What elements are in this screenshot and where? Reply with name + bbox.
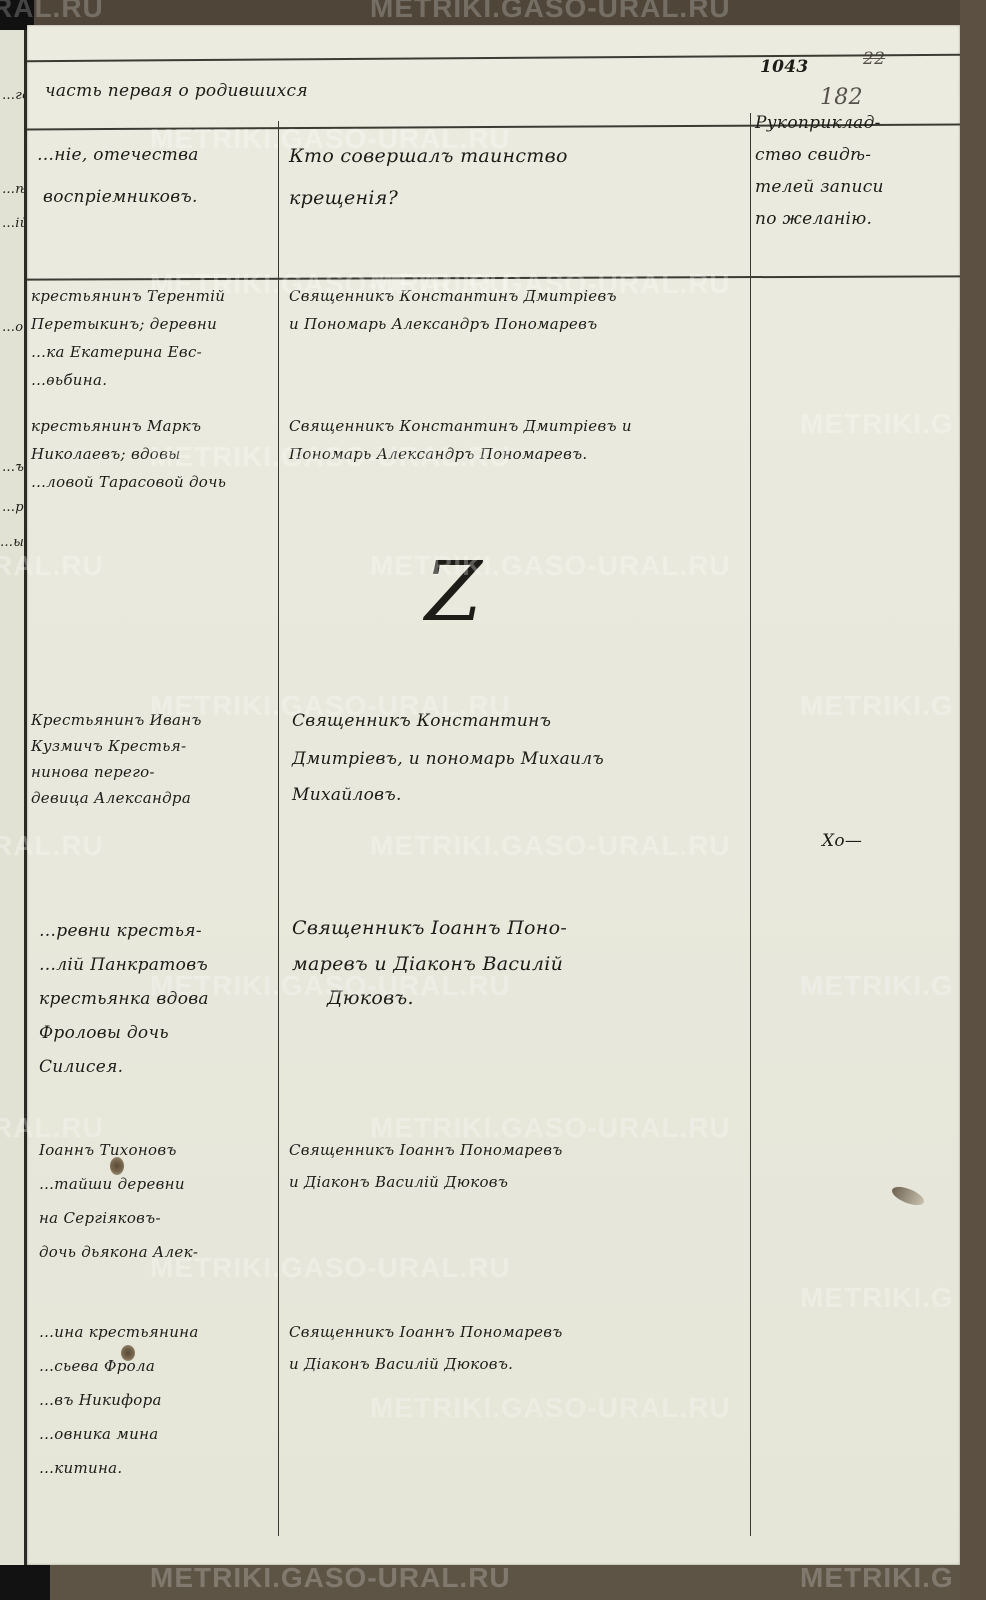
previous-page-edge: …го …ѣ …ій …о …ъ …р …ыно <box>0 30 25 1565</box>
watermark: METRIKI.GASO-URAL.RU <box>150 690 511 722</box>
column-header-line: по желанію. <box>755 209 872 229</box>
officiant-line: и Пономарь Александръ Пономаревъ <box>289 315 597 333</box>
officiant-line: и Діаконъ Василій Дюковъ <box>289 1173 508 1191</box>
watermark: RAL.RU <box>0 550 104 582</box>
godparents-line: …ѳьбина. <box>31 371 107 389</box>
scan-background-corner-bottom <box>0 1562 50 1600</box>
watermark: METRIKI.GASO-URAL.RU <box>370 1392 731 1424</box>
watermark: METRIKI.GASO-URAL.RU <box>370 0 731 24</box>
column-divider <box>278 121 279 1536</box>
godparents-line: девица Александра <box>31 789 191 807</box>
watermark: METRIKI.GASO-URAL.RU <box>150 970 511 1002</box>
officiant-line: Священникъ Іоаннъ Поно- <box>292 917 567 939</box>
ink-stain <box>121 1345 135 1361</box>
watermark: RAL.RU <box>0 0 104 24</box>
watermark: METRIKI.GASO-URAL.RU <box>370 550 731 582</box>
godparents-line: нинова перего- <box>31 763 155 781</box>
watermark: METRIKI.GASO-URAL.RU <box>150 1252 511 1284</box>
officiant-line: Священникъ Іоаннъ Пономаревъ <box>289 1323 563 1341</box>
ink-stain <box>110 1157 124 1175</box>
watermark: METRIKI.G <box>800 408 954 440</box>
rule-line <box>27 54 960 63</box>
godparents-line: …ревни крестья- <box>39 921 202 941</box>
godparents-line: …тайши деревни <box>39 1175 185 1193</box>
watermark: RAL.RU <box>0 1112 104 1144</box>
column-header-line: крещенія? <box>289 187 398 209</box>
watermark: METRIKI.G <box>800 690 954 722</box>
godparents-line: …овника мина <box>39 1425 159 1443</box>
watermark: METRIKI.G <box>800 1282 954 1314</box>
watermark: METRIKI.G <box>800 970 954 1002</box>
pencil-folio-number: 22 <box>863 49 885 69</box>
godparents-line: …ина крестьянина <box>39 1323 199 1341</box>
witness-signature: Хо— <box>822 831 862 851</box>
godparents-line: Фроловы дочь <box>39 1023 169 1043</box>
godparents-line: …китина. <box>39 1459 123 1477</box>
margin-fragment: …р <box>2 500 24 515</box>
godparents-line: …сьева Фрола <box>39 1357 155 1375</box>
godparents-line: …ловой Тарасовой дочь <box>31 473 226 491</box>
officiant-line: Дмитріевъ, и пономарь Михаилъ <box>292 749 604 769</box>
pencil-folio-number: 182 <box>820 85 863 110</box>
officiant-line: и Діаконъ Василій Дюковъ. <box>289 1355 513 1373</box>
watermark: METRIKI.GASO-URAL.RU <box>150 123 511 155</box>
godparents-line: крестьянинъ Маркъ <box>31 417 201 435</box>
officiant-line: Священникъ Константинъ Дмитріевъ и <box>289 417 632 435</box>
column-divider <box>750 113 751 1536</box>
godparents-line: Силисея. <box>39 1057 123 1077</box>
godparents-line: …въ Никифора <box>39 1391 162 1409</box>
watermark: RAL.RU <box>0 830 104 862</box>
column-header-line: телей записи <box>755 177 884 197</box>
officiant-line: Михайловъ. <box>292 785 402 805</box>
column-header-line: воспріемниковъ. <box>43 187 198 207</box>
godparents-line: Перетыкинъ; деревни <box>31 315 217 333</box>
watermark: METRIKI.G <box>800 1562 954 1594</box>
watermark: METRIKI.GASO-URAL.RU <box>150 441 511 473</box>
folio-number: 1043 <box>760 57 809 77</box>
godparents-line: …ка Екатерина Евс- <box>31 343 202 361</box>
margin-fragment: …ъ <box>2 460 24 475</box>
godparents-line: на Сергіяковъ- <box>39 1209 161 1227</box>
section-title: часть первая о родившихся <box>45 81 308 101</box>
godparents-line: Кузмичъ Крестья- <box>31 737 186 755</box>
column-header-line: Рукоприклад- <box>755 113 881 133</box>
scan-background-right <box>960 0 986 1600</box>
watermark: METRIKI.GASO-URAL.RU <box>370 1112 731 1144</box>
watermark: METRIKI.GASO-URAL.RU <box>150 1562 511 1594</box>
watermark: METRIKI.GASO-URAL.RU <box>370 830 731 862</box>
paper-smudge <box>890 1183 927 1209</box>
margin-fragment: …о <box>2 320 23 335</box>
column-header-line: ство свидѣ- <box>755 145 871 165</box>
register-page: 1043 22 182 часть первая о родившихся …н… <box>27 25 960 1565</box>
watermark: METRIKI.GASO-URAL.RU <box>370 268 731 300</box>
